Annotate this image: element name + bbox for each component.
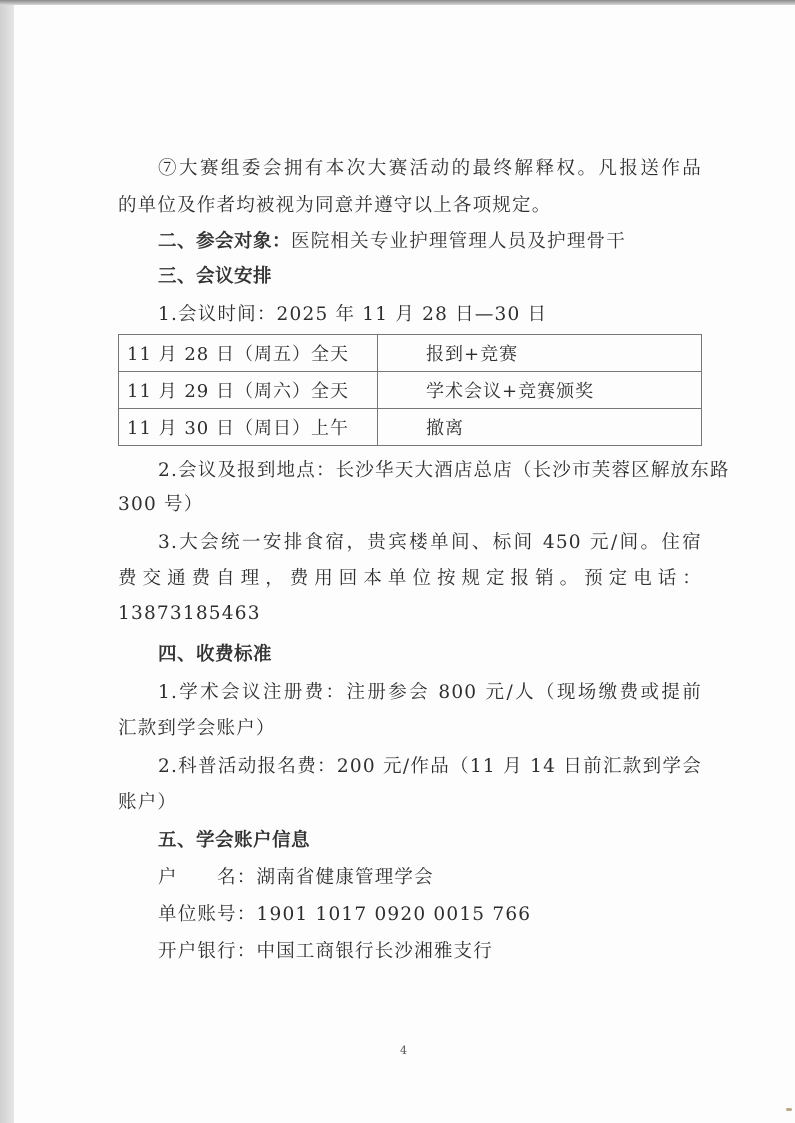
- account-name-label: 户 名：: [158, 867, 257, 888]
- bank-label: 开户银行：: [158, 941, 257, 962]
- fee2-line2: 账户）: [118, 791, 702, 815]
- page-number: 4: [400, 1044, 407, 1057]
- schedule-activity: 撤离: [378, 409, 702, 446]
- account-number-label: 单位账号：: [158, 904, 257, 925]
- account-name-row: 户 名：湖南省健康管理学会: [158, 866, 702, 890]
- table-row: 11 月 28 日（周五）全天 报到+竞赛: [119, 335, 702, 372]
- schedule-table: 11 月 28 日（周五）全天 报到+竞赛 11 月 29 日（周六）全天 学术…: [118, 334, 702, 446]
- bank-value: 中国工商银行长沙湘雅支行: [257, 941, 493, 962]
- section5-heading: 五、学会账户信息: [158, 829, 702, 853]
- section3-heading: 三、会议安排: [158, 265, 702, 289]
- scan-edge-top: [0, 0, 795, 5]
- meeting-time: 1.会议时间：2025 年 11 月 28 日—30 日: [158, 303, 702, 327]
- account-number-row: 单位账号：1901 1017 0920 0015 766: [158, 903, 702, 927]
- table-row: 11 月 30 日（周日）上午 撤离: [119, 409, 702, 446]
- bank-row: 开户银行：中国工商银行长沙湘雅支行: [158, 940, 702, 964]
- scan-edge-left: [0, 0, 14, 1123]
- lodging-line2: 费交通费自理，费用回本单位按规定报销。预定电话：: [118, 567, 702, 591]
- section2-line: 二、参会对象：医院相关专业护理管理人员及护理骨干: [158, 230, 702, 254]
- table-row: 11 月 29 日（周六）全天 学术会议+竞赛颁奖: [119, 372, 702, 409]
- schedule-date: 11 月 29 日（周六）全天: [119, 372, 378, 409]
- venue-line2: 300 号）: [118, 493, 702, 517]
- section2-text: 医院相关专业护理管理人员及护理骨干: [291, 231, 626, 252]
- schedule-activity: 报到+竞赛: [378, 335, 702, 372]
- lodging-line1: 3.大会统一安排食宿，贵宾楼单间、标间 450 元/间。住宿: [158, 531, 702, 555]
- fee1-line2: 汇款到学会账户）: [118, 717, 702, 741]
- venue-line1: 2.会议及报到地点：长沙华天大酒店总店（长沙市芙蓉区解放东路: [158, 459, 702, 483]
- booking-phone: 13873185463: [118, 602, 702, 626]
- schedule-date: 11 月 28 日（周五）全天: [119, 335, 378, 372]
- account-name-value: 湖南省健康管理学会: [257, 867, 434, 888]
- schedule-activity: 学术会议+竞赛颁奖: [378, 372, 702, 409]
- rule7-line2: 的单位及作者均被视为同意并遵守以上各项规定。: [118, 194, 702, 218]
- section2-heading: 二、参会对象：: [158, 231, 291, 252]
- account-number-value: 1901 1017 0920 0015 766: [257, 904, 532, 925]
- fee1-line1: 1.学术会议注册费：注册参会 800 元/人（现场缴费或提前: [158, 681, 702, 705]
- section4-heading: 四、收费标准: [158, 643, 702, 667]
- fee2-line1: 2.科普活动报名费：200 元/作品（11 月 14 日前汇款到学会: [158, 755, 702, 779]
- scan-speck: [786, 1108, 792, 1111]
- schedule-date: 11 月 30 日（周日）上午: [119, 409, 378, 446]
- rule7-line1: ⑦大赛组委会拥有本次大赛活动的最终解释权。凡报送作品: [158, 157, 702, 181]
